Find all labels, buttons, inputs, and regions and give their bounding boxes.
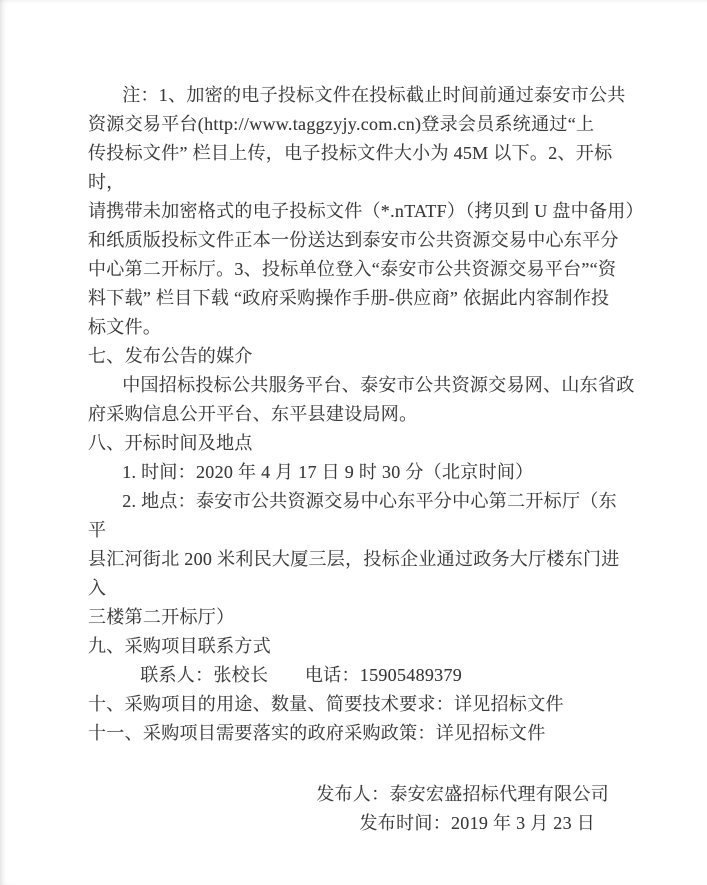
note-paragraph-line: 标文件。 <box>88 313 635 342</box>
contact-info-line: 联系人：张校长 电话：15905489379 <box>88 661 635 690</box>
note-paragraph-line: 传投标文件” 栏目上传，电子投标文件大小为 45M 以下。2、开标时， <box>88 139 635 197</box>
document-body: 注：1、加密的电子投标文件在投标截止时间前通过泰安市公共 资源交易平台(http… <box>88 81 635 838</box>
note-paragraph-line: 请携带未加密格式的电子投标文件（*.nTATF）（拷贝到 U 盘中备用） <box>88 197 635 226</box>
opening-time-line: 1. 时间：2020 年 4 月 17 日 9 时 30 分（北京时间） <box>88 458 635 487</box>
document-page: 注：1、加密的电子投标文件在投标截止时间前通过泰安市公共 资源交易平台(http… <box>0 0 707 885</box>
section-policy-line: 十一、采购项目需要落实的政府采购政策：详见招标文件 <box>88 719 635 748</box>
section-heading-opening: 八、开标时间及地点 <box>88 429 635 458</box>
section-heading-contact: 九、采购项目联系方式 <box>88 632 635 661</box>
signature-block: 发布人：泰安宏盛招标代理有限公司 发布时间：2019 年 3 月 23 日 <box>88 780 635 838</box>
note-paragraph-line: 和纸质版投标文件正本一份送达到泰安市公共资源交易中心东平分 <box>88 226 635 255</box>
note-paragraph-line: 料下载” 栏目下载 “政府采购操作手册-供应商” 依据此内容制作投 <box>88 284 635 313</box>
note-paragraph-line: 中心第二开标厅。3、投标单位登入“泰安市公共资源交易平台”“资 <box>88 255 635 284</box>
publish-date-line: 发布时间：2019 年 3 月 23 日 <box>88 809 635 838</box>
publisher-line: 发布人：泰安宏盛招标代理有限公司 <box>88 780 635 809</box>
opening-location-line: 县汇河街北 200 米利民大厦三层，投标企业通过政务大厅楼东门进入 <box>88 545 635 603</box>
section-heading-media: 七、发布公告的媒介 <box>88 342 635 371</box>
section-usage-line: 十、采购项目的用途、数量、简要技术要求：详见招标文件 <box>88 690 635 719</box>
media-list-line: 府采购信息公开平台、东平县建设局网。 <box>88 400 635 429</box>
media-list-line: 中国招标投标公共服务平台、泰安市公共资源交易网、山东省政 <box>88 371 635 400</box>
opening-location-line: 2. 地点：泰安市公共资源交易中心东平分中心第二开标厅（东平 <box>88 487 635 545</box>
opening-location-line: 三楼第二开标厅） <box>88 603 635 632</box>
note-paragraph-line: 资源交易平台(http://www.taggzyjy.com.cn)登录会员系统… <box>88 110 635 139</box>
note-paragraph-line: 注：1、加密的电子投标文件在投标截止时间前通过泰安市公共 <box>88 81 635 110</box>
